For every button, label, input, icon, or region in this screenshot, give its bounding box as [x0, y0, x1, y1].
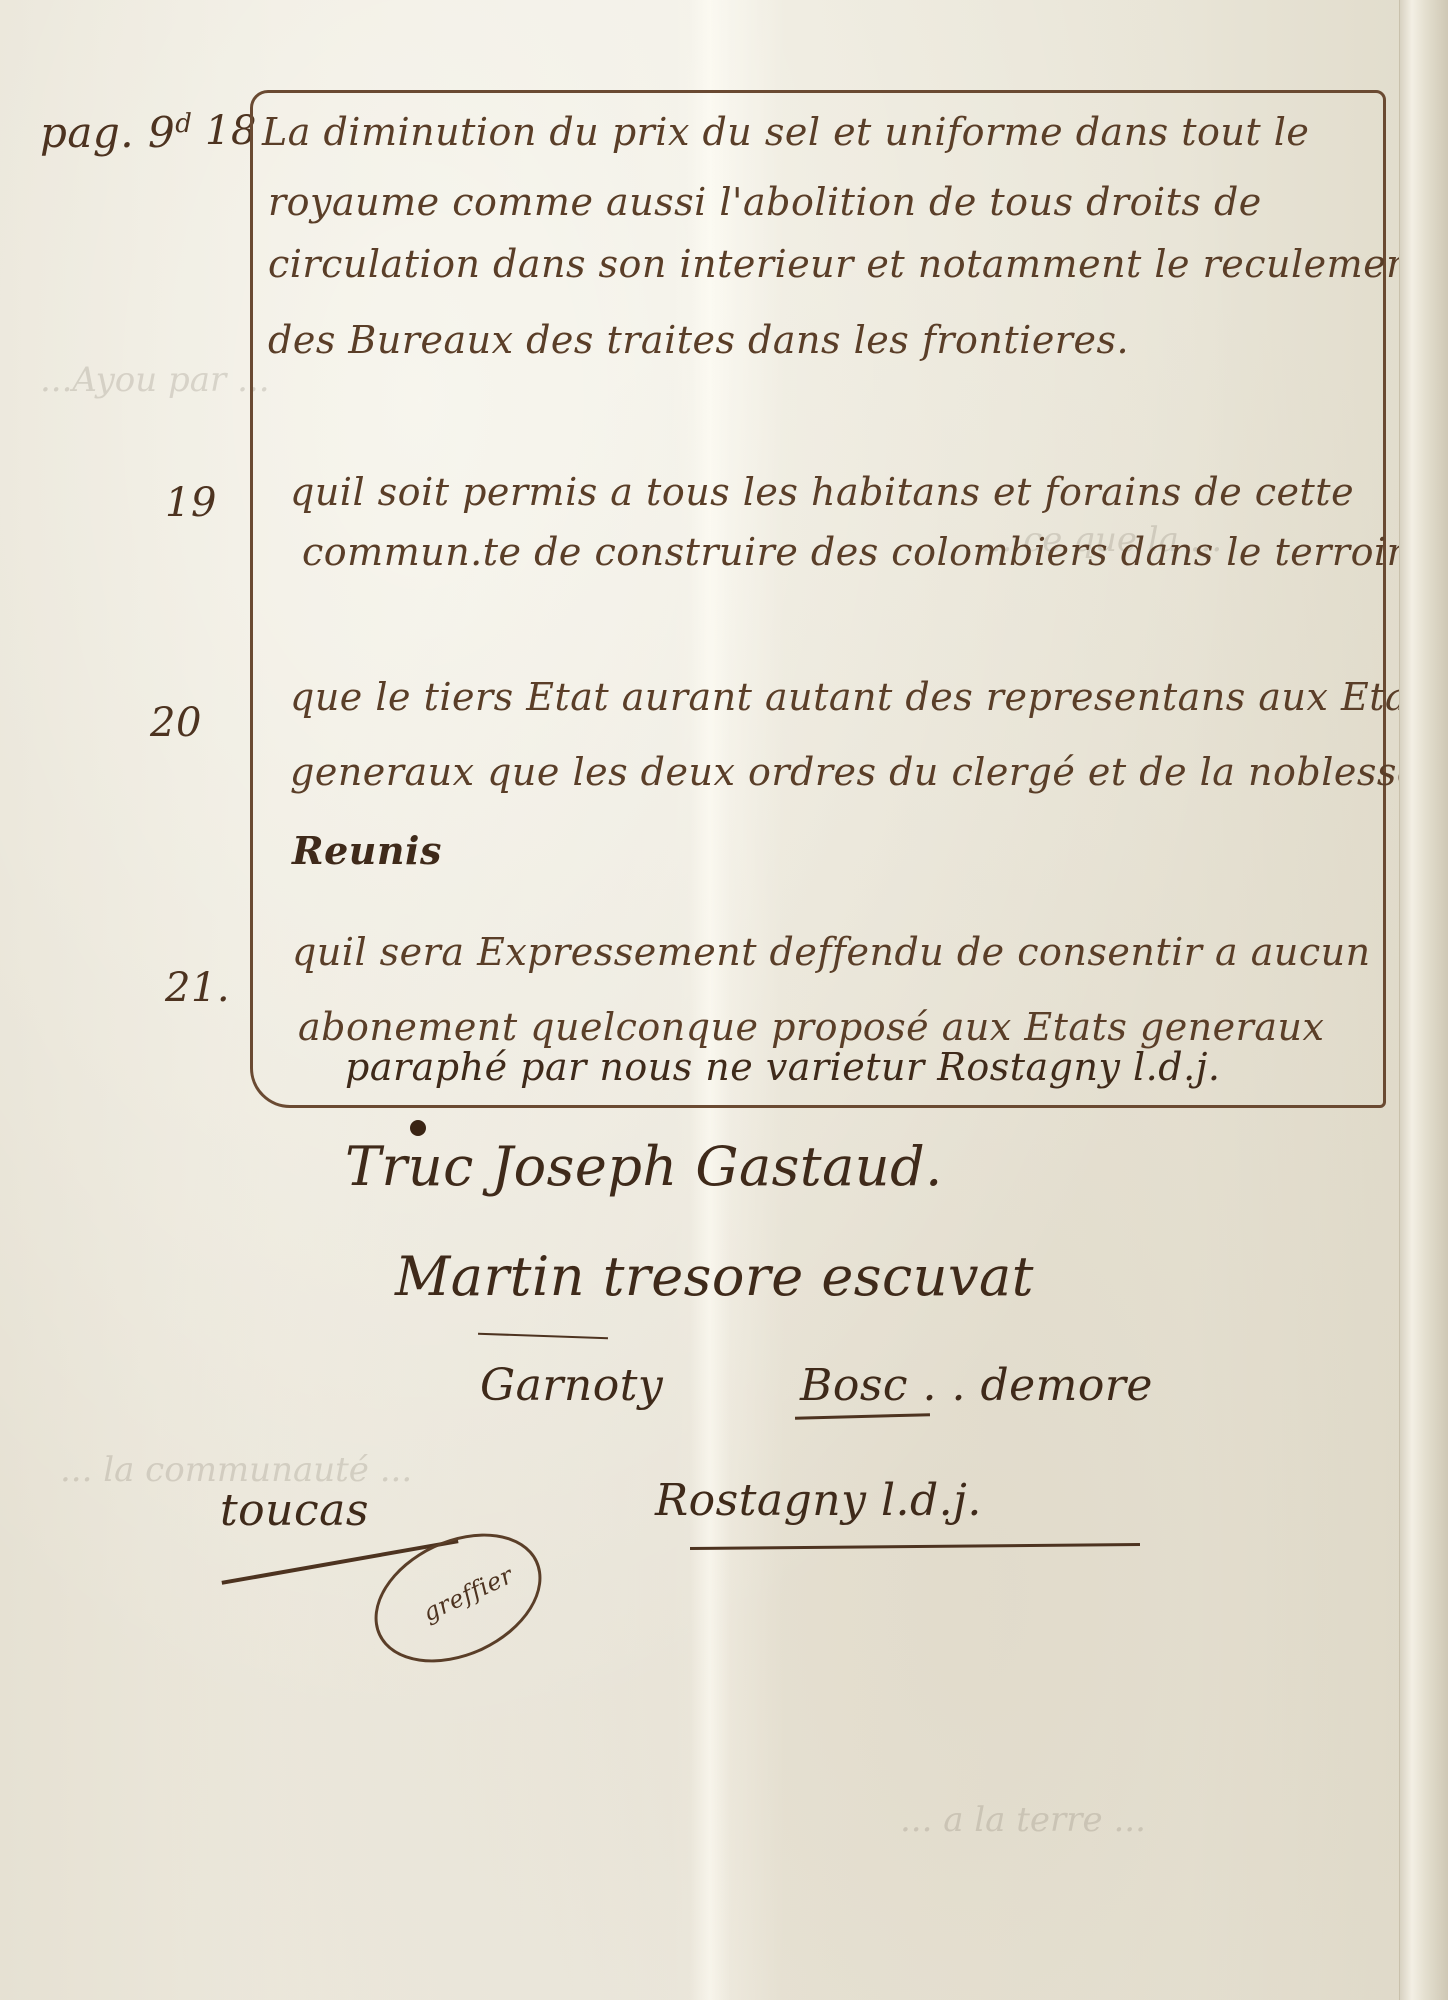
article-number: 19 [165, 480, 217, 526]
article-line: quil soit permis a tous les habitans et … [290, 470, 1354, 514]
article-line: des Bureaux des traites dans les frontie… [268, 318, 1129, 362]
paraph-note: paraphé par nous ne varietur Rostagny l.… [345, 1045, 1221, 1089]
article-line: generaux que les deux ordres du clergé e… [290, 750, 1420, 794]
manuscript-page: ...Ayou par ... ... ce que la ... ... la… [0, 0, 1400, 2000]
signature-truc-joseph-gastaud: Truc Joseph Gastaud. [345, 1135, 943, 1198]
article-line: commun.te de construire des colombiers d… [302, 530, 1419, 574]
signature-bosc-demore: Bosc . . demore [800, 1360, 1153, 1411]
article-line: que le tiers Etat aurant autant des repr… [290, 675, 1444, 719]
signature-underline [795, 1413, 930, 1420]
article-line: La diminution du prix du sel et uniforme… [262, 110, 1309, 154]
signature-toucas: toucas [220, 1485, 369, 1536]
signature-flourish [478, 1333, 608, 1340]
article-line: royaume comme aussi l'abolition de tous … [268, 180, 1262, 224]
article-line: quil sera Expressement deffendu de conse… [292, 930, 1371, 974]
bleed-through-text: ...Ayou par ... [40, 360, 270, 400]
page-reference-superscript: d [175, 109, 192, 139]
signature-garnot: Garnoty [480, 1360, 663, 1411]
article-line: Reunis [292, 828, 442, 873]
book-spine-edge [1399, 0, 1448, 2000]
article-number: 20 [150, 700, 202, 746]
article-line: abonement quelconque proposé aux Etats g… [298, 1005, 1324, 1049]
signature-rostagny: Rostagny l.d.j. [655, 1475, 982, 1526]
bleed-through-text: ... la communauté ... [60, 1450, 412, 1490]
article-line: circulation dans son interieur et notamm… [268, 242, 1427, 286]
page-reference: pag. 9d [40, 108, 192, 157]
signature-martin-tresore-escuvat: Martin tresore escuvat [395, 1245, 1034, 1308]
signature-underline [690, 1543, 1140, 1550]
bleed-through-text: ... a la terre ... [900, 1800, 1146, 1840]
ink-blot [410, 1120, 426, 1136]
article-number: 21. [165, 965, 230, 1011]
page-reference-label: pag. 9 [40, 108, 175, 157]
